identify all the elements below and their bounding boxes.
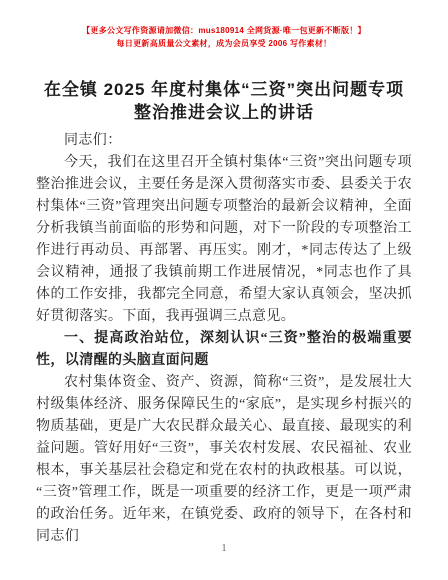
document-content: 【更多公文写作资源请加微信：mus180914 全网货源·唯一包更新不断版！】 … (0, 0, 448, 548)
page-number: 1 (0, 543, 448, 554)
paragraph-section-1: 农村集体资金、资产、资源，简称“三资”，是发展壮大村级集体经济、服务保障民生的“… (36, 372, 412, 548)
document-title: 在全镇 2025 年度村集体“三资”突出问题专项 整治推进会议上的讲话 (36, 78, 412, 124)
watermark-header: 【更多公文写作资源请加微信：mus180914 全网货源·唯一包更新不断版！】 … (36, 24, 412, 50)
paragraph-intro: 今天，我们在这里召开全镇村集体“三资”突出问题专项整治推进会议，主要任务是深入贯… (36, 152, 412, 328)
document-body: 同志们： 今天，我们在这里召开全镇村集体“三资”突出问题专项整治推进会议，主要任… (36, 130, 412, 548)
watermark-line-1: 【更多公文写作资源请加微信：mus180914 全网货源·唯一包更新不断版！】 (36, 24, 412, 37)
section-heading-1: 一、提高政治站位，深刻认识“三资”整治的极端重要性，以清醒的头脑直面问题 (36, 328, 412, 372)
document-page: 【更多公文写作资源请加微信：mus180914 全网货源·唯一包更新不断版！】 … (0, 0, 448, 580)
title-line-1: 在全镇 2025 年度村集体“三资”突出问题专项 (36, 78, 412, 101)
title-line-2: 整治推进会议上的讲话 (36, 101, 412, 124)
salutation: 同志们： (36, 130, 412, 152)
watermark-line-2: 每日更新高质量公文素材，成为会员享受 2006 写作素材！ (36, 37, 412, 50)
